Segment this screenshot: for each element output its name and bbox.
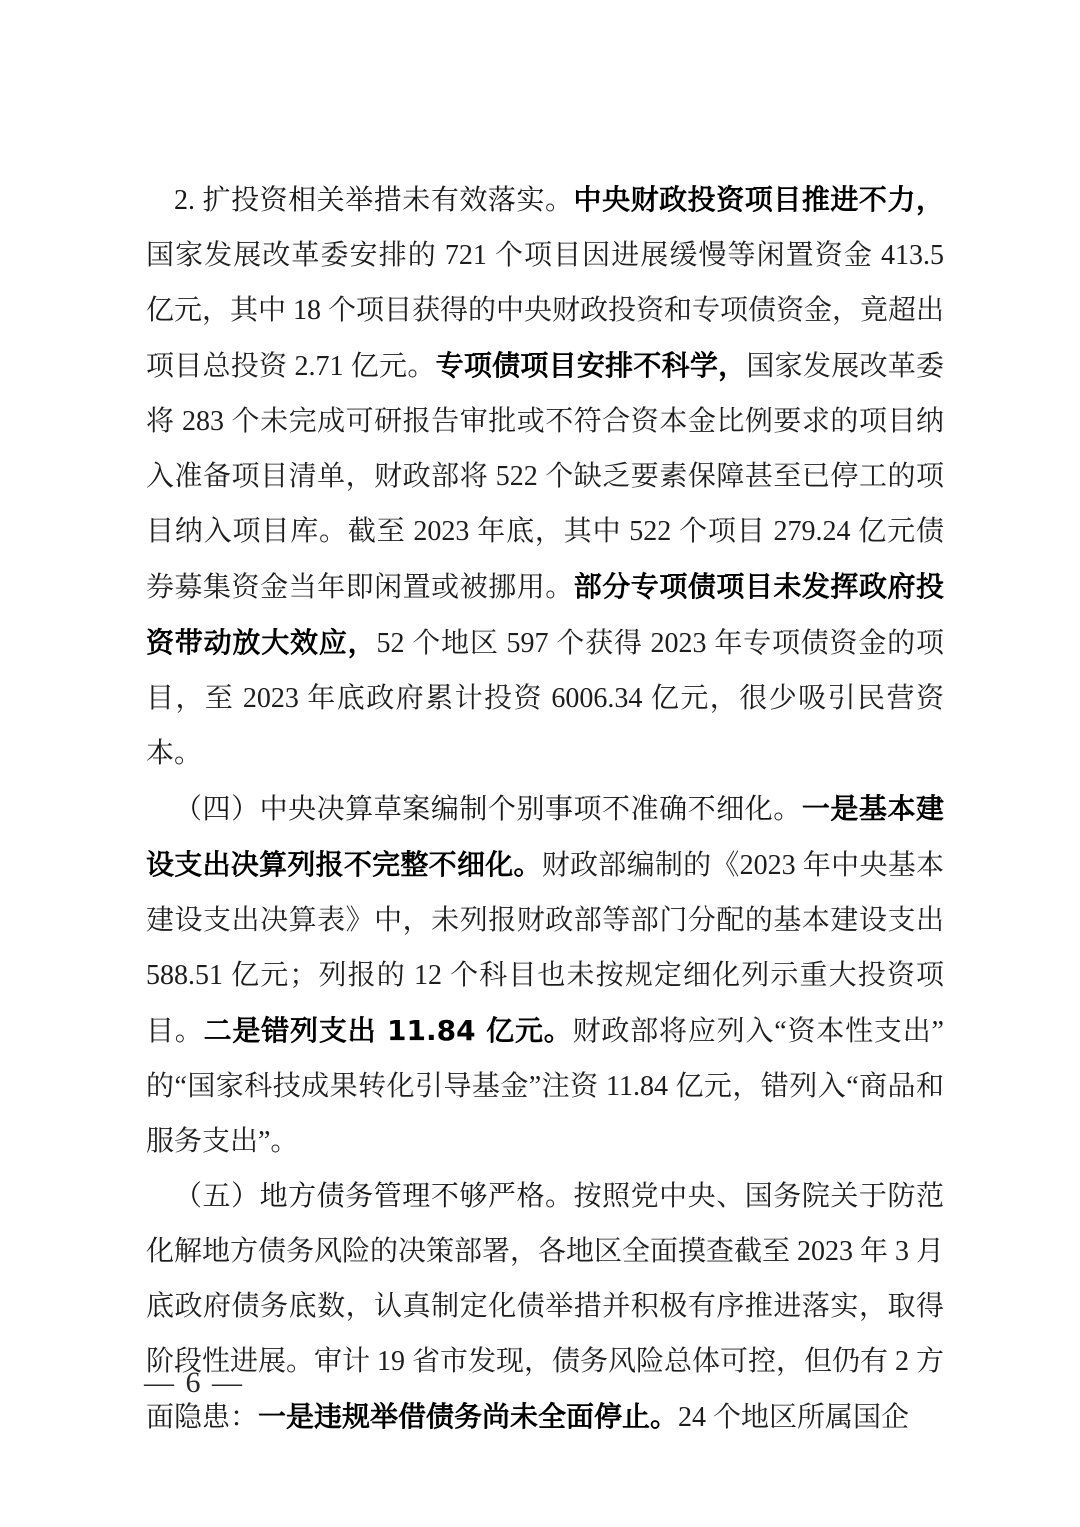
paragraph-section-5-local-debt: （五）地方债务管理不够严格。按照党中央、国务院关于防范化解地方债务风险的决策部署… (146, 1169, 944, 1445)
text-run-body: 国家发展改革委将 283 个未完成可研报告审批或不符合资本金比例要求的项目纳入准… (146, 351, 944, 603)
text-run-bold: 二是错列支出 11.84 亿元。 (204, 1014, 573, 1047)
text-run-kai: （四）中央决算草案编制个别事项不准确不细化。 (174, 794, 802, 825)
paragraph-section-4-final-accounts: （四）中央决算草案编制个别事项不准确不细化。一是基本建设支出决算列报不完整不细化… (146, 781, 944, 1169)
text-run-kai: （五）地方债务管理不够严格。 (174, 1181, 574, 1212)
text-run-bold: 中央财政投资项目推进不力， (574, 183, 944, 216)
document-body: 2. 扩投资相关举措未有效落实。中央财政投资项目推进不力，国家发展改革委安排的 … (146, 172, 944, 1445)
document-page: 2. 扩投资相关举措未有效落实。中央财政投资项目推进不力，国家发展改革委安排的 … (0, 0, 1080, 1527)
page-number: — 6 — (144, 1366, 244, 1400)
text-run-bold: 一是违规举借债务尚未全面停止。 (258, 1400, 678, 1433)
text-run-body: 按照党中央、国务院关于防范化解地方债务风险的决策部署，各地区全面摸查截至 202… (146, 1181, 944, 1433)
text-run-bold: 专项债项目安排不科学， (436, 349, 747, 382)
text-run-kai: 2. 扩投资相关举措未有效落实。 (174, 185, 574, 216)
text-run-body: 24 个地区所属国企 (678, 1402, 909, 1433)
paragraph-item-2-expand-investment: 2. 扩投资相关举措未有效落实。中央财政投资项目推进不力，国家发展改革委安排的 … (146, 172, 944, 781)
